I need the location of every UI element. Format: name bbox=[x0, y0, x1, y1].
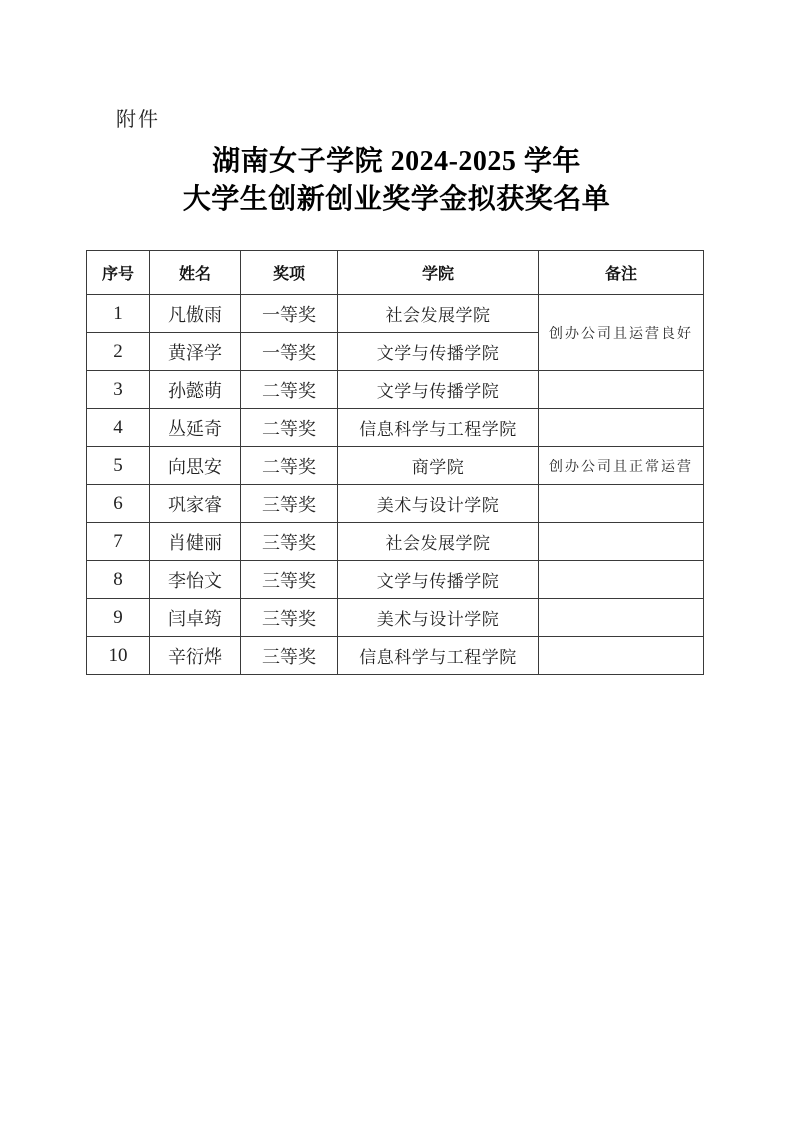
cell-college: 文学与传播学院 bbox=[338, 371, 539, 409]
cell-name: 巩家睿 bbox=[150, 485, 241, 523]
table-row: 6巩家睿三等奖美术与设计学院 bbox=[87, 485, 704, 523]
table-header: 序号 姓名 奖项 学院 备注 bbox=[87, 251, 704, 295]
table-row: 7肖健丽三等奖社会发展学院 bbox=[87, 523, 704, 561]
cell-college: 美术与设计学院 bbox=[338, 485, 539, 523]
header-college: 学院 bbox=[338, 251, 539, 295]
table-row: 4丛延奇二等奖信息科学与工程学院 bbox=[87, 409, 704, 447]
cell-no: 5 bbox=[87, 447, 150, 485]
cell-name: 肖健丽 bbox=[150, 523, 241, 561]
cell-remark bbox=[539, 371, 704, 409]
cell-college: 文学与传播学院 bbox=[338, 561, 539, 599]
cell-remark bbox=[539, 485, 704, 523]
table-row: 5向思安二等奖商学院创办公司且正常运营 bbox=[87, 447, 704, 485]
cell-name: 向思安 bbox=[150, 447, 241, 485]
cell-award: 三等奖 bbox=[241, 523, 338, 561]
cell-remark bbox=[539, 599, 704, 637]
cell-award: 二等奖 bbox=[241, 447, 338, 485]
cell-remark: 创办公司且运营良好 bbox=[539, 295, 704, 371]
cell-award: 三等奖 bbox=[241, 637, 338, 675]
cell-college: 美术与设计学院 bbox=[338, 599, 539, 637]
doc-title-line1: 湖南女子学院 2024-2025 学年 bbox=[0, 139, 793, 179]
table-body: 1凡傲雨一等奖社会发展学院创办公司且运营良好2黄泽学一等奖文学与传播学院3孙懿萌… bbox=[87, 295, 704, 675]
cell-award: 三等奖 bbox=[241, 561, 338, 599]
doc-title-line2: 大学生创新创业奖学金拟获奖名单 bbox=[0, 177, 793, 217]
table-row: 10辛衍烨三等奖信息科学与工程学院 bbox=[87, 637, 704, 675]
cell-name: 丛延奇 bbox=[150, 409, 241, 447]
header-award: 奖项 bbox=[241, 251, 338, 295]
cell-award: 一等奖 bbox=[241, 295, 338, 333]
cell-remark bbox=[539, 637, 704, 675]
cell-no: 10 bbox=[87, 637, 150, 675]
cell-college: 社会发展学院 bbox=[338, 523, 539, 561]
cell-name: 闫卓筠 bbox=[150, 599, 241, 637]
cell-name: 李怡文 bbox=[150, 561, 241, 599]
cell-award: 三等奖 bbox=[241, 485, 338, 523]
cell-name: 黄泽学 bbox=[150, 333, 241, 371]
attachment-label: 附件 bbox=[116, 103, 160, 132]
cell-no: 9 bbox=[87, 599, 150, 637]
cell-no: 4 bbox=[87, 409, 150, 447]
header-name: 姓名 bbox=[150, 251, 241, 295]
table-row: 3孙懿萌二等奖文学与传播学院 bbox=[87, 371, 704, 409]
cell-college: 商学院 bbox=[338, 447, 539, 485]
document-page: 附件 湖南女子学院 2024-2025 学年 大学生创新创业奖学金拟获奖名单 序… bbox=[0, 0, 793, 1122]
cell-college: 信息科学与工程学院 bbox=[338, 409, 539, 447]
cell-college: 社会发展学院 bbox=[338, 295, 539, 333]
table-row: 8李怡文三等奖文学与传播学院 bbox=[87, 561, 704, 599]
cell-award: 一等奖 bbox=[241, 333, 338, 371]
header-no: 序号 bbox=[87, 251, 150, 295]
cell-no: 7 bbox=[87, 523, 150, 561]
cell-no: 8 bbox=[87, 561, 150, 599]
cell-award: 三等奖 bbox=[241, 599, 338, 637]
cell-no: 2 bbox=[87, 333, 150, 371]
cell-no: 1 bbox=[87, 295, 150, 333]
table-row: 9闫卓筠三等奖美术与设计学院 bbox=[87, 599, 704, 637]
cell-remark bbox=[539, 523, 704, 561]
cell-remark bbox=[539, 561, 704, 599]
table-row: 1凡傲雨一等奖社会发展学院创办公司且运营良好 bbox=[87, 295, 704, 333]
cell-name: 凡傲雨 bbox=[150, 295, 241, 333]
header-remark: 备注 bbox=[539, 251, 704, 295]
award-table: 序号 姓名 奖项 学院 备注 1凡傲雨一等奖社会发展学院创办公司且运营良好2黄泽… bbox=[86, 250, 704, 675]
cell-no: 6 bbox=[87, 485, 150, 523]
cell-college: 信息科学与工程学院 bbox=[338, 637, 539, 675]
cell-remark bbox=[539, 409, 704, 447]
table-header-row: 序号 姓名 奖项 学院 备注 bbox=[87, 251, 704, 295]
cell-name: 孙懿萌 bbox=[150, 371, 241, 409]
cell-name: 辛衍烨 bbox=[150, 637, 241, 675]
cell-no: 3 bbox=[87, 371, 150, 409]
cell-award: 二等奖 bbox=[241, 409, 338, 447]
cell-remark: 创办公司且正常运营 bbox=[539, 447, 704, 485]
cell-award: 二等奖 bbox=[241, 371, 338, 409]
cell-college: 文学与传播学院 bbox=[338, 333, 539, 371]
